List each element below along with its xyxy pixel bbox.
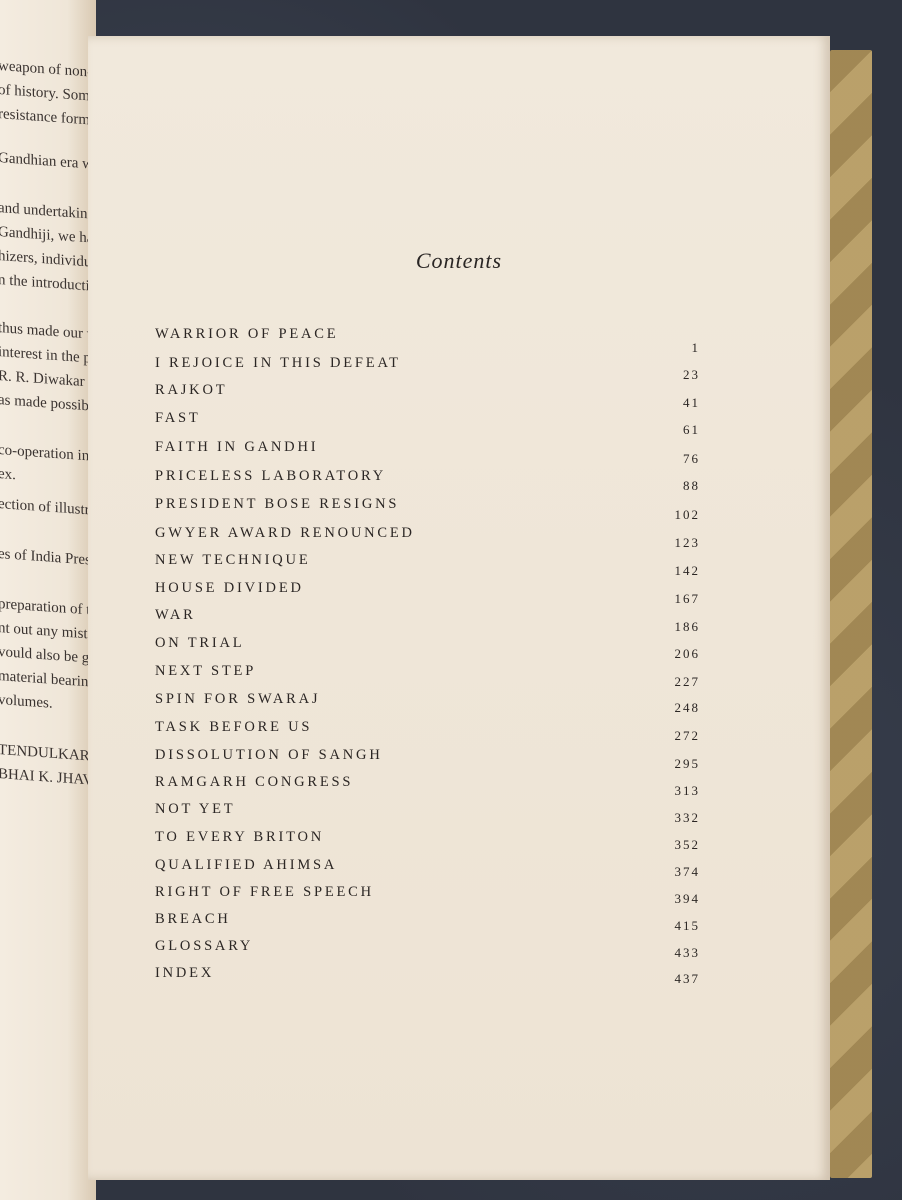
book-cover-edge — [830, 50, 872, 1178]
preface-line: and undertaking the — [0, 200, 96, 225]
contents-page: Contents WARRIOR OF PEACE1I REJOICE IN T… — [88, 36, 830, 1180]
page-number: 313 — [640, 783, 700, 799]
page-number: 167 — [640, 591, 700, 607]
chapter-title[interactable]: WAR — [155, 607, 705, 627]
page-number: 142 — [640, 563, 700, 579]
chapter-title[interactable]: DISSOLUTION OF SANGH — [155, 747, 705, 767]
preface-line: as made possible in — [0, 392, 96, 417]
chapter-title[interactable]: FAITH IN GANDHI — [155, 439, 705, 459]
chapter-title[interactable]: TO EVERY BRITON — [155, 829, 705, 849]
chapter-title[interactable]: RIGHT OF FREE SPEECH — [155, 884, 705, 904]
chapter-title[interactable]: GLOSSARY — [155, 938, 705, 958]
page-number: 352 — [640, 837, 700, 853]
preface-line: ex. — [0, 466, 16, 484]
page-number: 415 — [640, 918, 700, 934]
page-number: 394 — [640, 891, 700, 907]
page-number: 433 — [640, 945, 700, 961]
page-number: 295 — [640, 756, 700, 772]
chapter-title[interactable]: BREACH — [155, 911, 705, 931]
preface-line: material bearing on — [0, 668, 96, 693]
preface-line: of history. Some of his — [0, 82, 96, 109]
chapter-title[interactable]: GWYER AWARD RENOUNCED — [155, 525, 705, 545]
page-number: 272 — [640, 728, 700, 744]
page-number: 123 — [640, 535, 700, 551]
preface-line: interest in the pub- — [0, 344, 96, 369]
preface-line: n the introduction to — [0, 272, 96, 298]
chapter-title[interactable]: FAST — [155, 410, 705, 430]
preface-line: vould also be glad — [0, 644, 96, 669]
chapter-title[interactable]: QUALIFIED AHIMSA — [155, 857, 705, 877]
preface-line: Gandhian era with its — [0, 150, 96, 176]
chapter-title[interactable]: RAJKOT — [155, 382, 705, 402]
page-number: 332 — [640, 810, 700, 826]
preface-line: hizers, individual and — [0, 248, 96, 274]
chapter-title[interactable]: NEXT STEP — [155, 663, 705, 683]
page-number: 102 — [640, 507, 700, 523]
page-number: 206 — [640, 646, 700, 662]
preface-line: preparation of this — [0, 596, 96, 621]
preface-line: BHAI K. JHAVERI — [0, 766, 96, 791]
page-number: 227 — [640, 674, 700, 690]
page-number: 41 — [640, 395, 700, 411]
page-title: Contents — [88, 248, 830, 274]
chapter-title[interactable]: ON TRIAL — [155, 635, 705, 655]
page-number: 248 — [640, 700, 700, 716]
chapter-title[interactable]: NEW TECHNIQUE — [155, 552, 705, 572]
preface-line: TENDULKAR — [0, 742, 90, 765]
preface-line: resistance form a vital — [0, 106, 96, 132]
page-number: 88 — [640, 478, 700, 494]
chapter-title[interactable]: NOT YET — [155, 801, 705, 821]
preface-line: co-operation in se- — [0, 442, 96, 467]
chapter-title[interactable]: HOUSE DIVIDED — [155, 580, 705, 600]
chapter-title[interactable]: INDEX — [155, 965, 705, 985]
preface-line: R. R. Diwakar has — [0, 368, 96, 393]
page-number: 61 — [640, 422, 700, 438]
page-number: 76 — [640, 451, 700, 467]
chapter-title[interactable]: RAMGARH CONGRESS — [155, 774, 705, 794]
left-page-preface: weapon of non-violenceof history. Some o… — [0, 0, 96, 1200]
page-number: 374 — [640, 864, 700, 880]
page-number: 186 — [640, 619, 700, 635]
preface-line: thus made our work — [0, 320, 96, 345]
preface-line: ection of illustrations — [0, 496, 96, 522]
preface-line: nt out any mistakes — [0, 620, 96, 645]
chapter-title[interactable]: WARRIOR OF PEACE — [155, 326, 705, 346]
preface-line: es of India Press for — [0, 546, 96, 571]
preface-line: weapon of non-violence — [0, 58, 96, 85]
page-number: 437 — [640, 971, 700, 987]
chapter-title[interactable]: PRESIDENT BOSE RESIGNS — [155, 496, 705, 516]
preface-line: volumes. — [0, 692, 53, 713]
chapter-title[interactable]: PRICELESS LABORATORY — [155, 468, 705, 488]
page-number: 1 — [640, 340, 700, 356]
page-number: 23 — [640, 367, 700, 383]
preface-line: Gandhiji, we have had — [0, 224, 96, 250]
chapter-title[interactable]: TASK BEFORE US — [155, 719, 705, 739]
chapter-title[interactable]: I REJOICE IN THIS DEFEAT — [155, 355, 705, 375]
chapter-title[interactable]: SPIN FOR SWARAJ — [155, 691, 705, 711]
